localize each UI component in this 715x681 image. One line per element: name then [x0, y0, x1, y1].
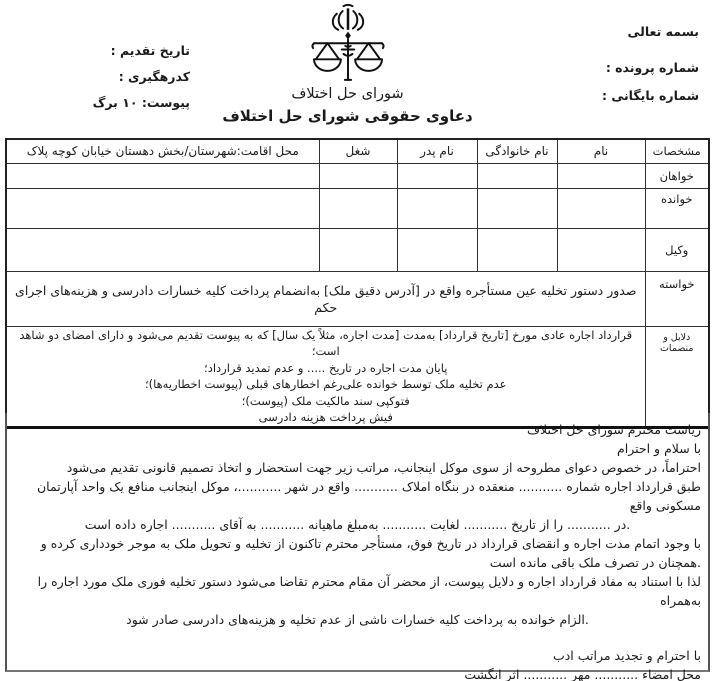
dalayel-evidence-text: قرارداد اجاره عادی مورخ [تاریخ قرارداد] … [6, 326, 645, 427]
table-row-khandeh: خوانده [6, 188, 709, 228]
table-row-khahan: خواهان [6, 163, 709, 188]
petition-line-7: .همچنان در تصرف ملک باقی مانده است [14, 553, 701, 572]
row-label-vakil: وکیل [645, 228, 709, 271]
dalayel-line-3: عدم تخلیه ملک توسط خوانده علی‌رغم اخطاره… [10, 376, 642, 393]
closing-respect-line: با احترام و تجدید مراتب ادب [14, 646, 701, 665]
khahan-job-cell [319, 163, 397, 188]
khandeh-residence-cell [6, 188, 319, 228]
row-label-dalayel: دلایل و منضمات [645, 326, 709, 427]
tracking-code-label: کدرهگیری : [0, 64, 190, 90]
case-number-label: شماره پرونده : [602, 54, 699, 82]
dalayel-line-2: پایان مدت اجاره در تاریخ ..... و عدم تمد… [10, 360, 642, 377]
parties-table: مشخصات نام نام خانوادگی نام پدر شغل محل … [5, 138, 710, 429]
col-header-moshakhasat: مشخصات [645, 139, 709, 163]
col-header-residence: محل اقامت:شهرستان/بخش دهستان خیابان کوچه… [6, 139, 319, 163]
khahan-father-name-cell [397, 163, 477, 188]
table-row-vakil: وکیل [6, 228, 709, 271]
table-header-row: مشخصات نام نام خانوادگی نام پدر شغل محل … [6, 139, 709, 163]
signature-seal-line: محل امضاء ........... مهر ........... اث… [14, 665, 701, 681]
petition-line-5: .در ........... را از تاریخ ........... … [14, 515, 701, 534]
petition-body: ریاست محترم شورای حل اختلاف با سلام و اح… [5, 413, 710, 672]
khandeh-father-name-cell [397, 188, 477, 228]
org-title: شورای حل اختلاف [220, 86, 475, 102]
khasteh-claim-text: صدور دستور تخلیه عین مستأجره واقع در [آد… [6, 271, 645, 326]
petition-line-1: ریاست محترم شورای حل اختلاف [14, 420, 701, 439]
table-row-dalayel: دلایل و منضمات قرارداد اجاره عادی مورخ [… [6, 326, 709, 427]
petition-line-4: طبق قرارداد اجاره شماره ........... منعق… [14, 477, 701, 515]
khahan-family-name-cell [477, 163, 557, 188]
row-label-khasteh: خواسته [645, 271, 709, 326]
petition-line-9: .الزام خوانده به پرداخت کلیه خسارات ناشی… [14, 610, 701, 629]
khandeh-family-name-cell [477, 188, 557, 228]
row-label-khahan: خواهان [645, 163, 709, 188]
archive-number-label: شماره بایگانی : [602, 82, 699, 110]
row-label-khandeh: خوانده [645, 188, 709, 228]
form-title: دعاوی حقوقی شورای حل اختلاف [195, 107, 500, 125]
vakil-father-name-cell [397, 228, 477, 271]
header-meta-right: بسمه تعالی شماره پرونده : شماره بایگانی … [602, 18, 699, 110]
justice-scales-emblem-icon [303, 3, 393, 87]
khandeh-first-name-cell [557, 188, 645, 228]
col-header-first-name: نام [557, 139, 645, 163]
vakil-family-name-cell [477, 228, 557, 271]
legal-form-page: بسمه تعالی شماره پرونده : شماره بایگانی … [0, 0, 715, 681]
submit-date-label: تاریخ تقدیم : [0, 38, 190, 64]
col-header-family-name: نام خانوادگی [477, 139, 557, 163]
vakil-residence-cell [6, 228, 319, 271]
vakil-job-cell [319, 228, 397, 271]
dalayel-line-1: قرارداد اجاره عادی مورخ [تاریخ قرارداد] … [10, 327, 642, 360]
col-header-father-name: نام پدر [397, 139, 477, 163]
col-header-job: شغل [319, 139, 397, 163]
table-row-khasteh: خواسته صدور دستور تخلیه عین مستأجره واقع… [6, 271, 709, 326]
petition-line-3: احتراماً، در خصوص دعوای مطروحه از سوی مو… [14, 458, 701, 477]
header-meta-left: تاریخ تقدیم : کدرهگیری : پیوست: ۱۰ برگ [0, 38, 190, 116]
petition-line-8: لذا با استناد به مفاد قرارداد اجاره و دل… [14, 572, 701, 610]
dalayel-line-4: فتوکپی سند مالکیت ملک (پیوست)؛ [10, 393, 642, 410]
vakil-first-name-cell [557, 228, 645, 271]
petition-line-6: با وجود اتمام مدت اجاره و انقضای قرارداد… [14, 534, 701, 553]
khahan-residence-cell [6, 163, 319, 188]
khandeh-job-cell [319, 188, 397, 228]
bismillah-text: بسمه تعالی [602, 18, 699, 46]
attachment-label: پیوست: ۱۰ برگ [0, 90, 190, 116]
petition-line-2: با سلام و احترام [14, 439, 701, 458]
khahan-first-name-cell [557, 163, 645, 188]
